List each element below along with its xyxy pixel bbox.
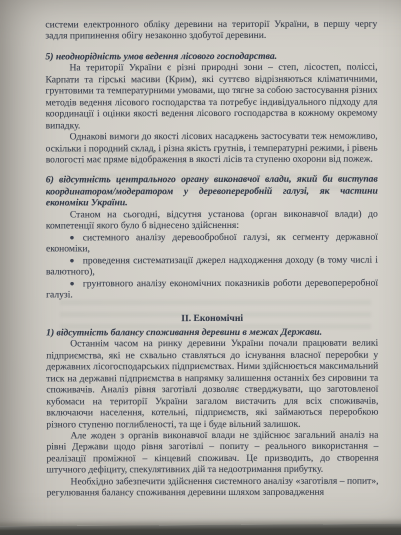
section2-sub1-paragraph-1: Останнім часом на ринку деревини України… (46, 338, 378, 430)
intro-continuation-paragraph: системи електронного обліку деревини на … (45, 19, 377, 43)
section5-heading: 5) неоднорідність умов ведення лісового … (45, 50, 377, 62)
section2-sub1-paragraph-3: Необхідно забезпечити здійснення системн… (47, 475, 379, 499)
section2-heading: ІІ. Економічні (46, 313, 378, 325)
list-item: ●проведення систематизації джерел надход… (46, 254, 378, 278)
section6-heading: 6) відсутність центрального органу викон… (46, 174, 378, 209)
list-item-text: системного аналізу деревообробної галузі… (46, 231, 378, 254)
section6-lead-paragraph: Станом на сьогодні, відсутня установа (о… (46, 208, 378, 232)
section2-sub1-paragraph-2: Але жоден з органів виконавчої влади не … (46, 430, 378, 477)
document-photo: системи електронного обліку деревини на … (0, 0, 401, 535)
list-item: ●грунтовного аналізу економічних показни… (46, 277, 378, 301)
table-edge (0, 524, 401, 535)
section5-paragraph-2: Однакові вимоги до якості лісових насадж… (46, 131, 378, 166)
section2-sub1-heading: 1) відсутність балансу споживання дереви… (46, 326, 378, 338)
list-item-text: проведення систематизації джерел надходж… (46, 254, 378, 277)
list-item-text: грунтовного аналізу економічних показник… (46, 277, 378, 300)
bullet-icon: ● (59, 233, 74, 243)
section5-paragraph-1: На території України є різні природні зо… (45, 62, 377, 132)
bullet-icon: ● (59, 256, 74, 266)
bullet-icon: ● (59, 279, 74, 289)
page-text: системи електронного обліку деревини на … (45, 19, 378, 524)
list-item: ●системного аналізу деревообробної галуз… (46, 231, 378, 255)
